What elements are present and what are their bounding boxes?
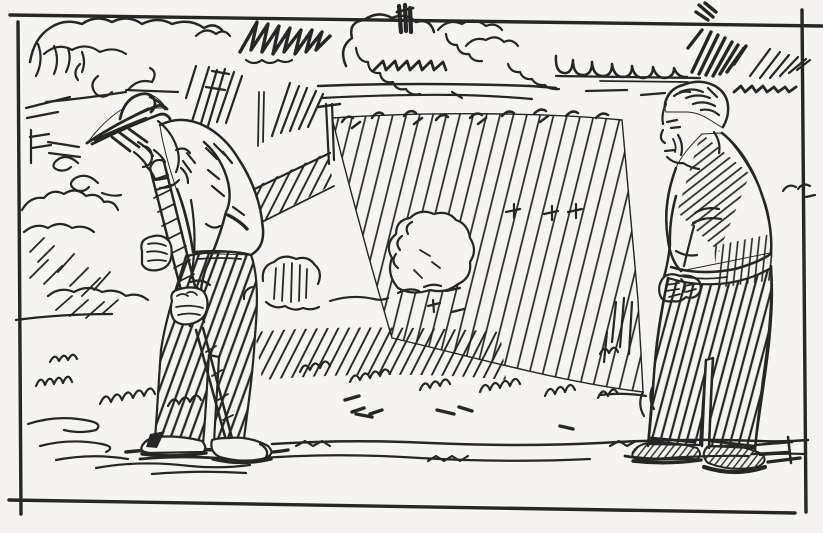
tree-trunk-mark — [397, 5, 413, 32]
sketch-canvas — [0, 0, 823, 533]
corner-foliage-mark — [696, 3, 716, 20]
breath-curls — [53, 157, 121, 196]
illustration — [0, 0, 823, 533]
old-man — [53, 94, 271, 463]
young-man — [625, 82, 800, 473]
hedge — [236, 110, 643, 414]
hatch-patch-centre — [272, 83, 323, 136]
hatch-patch-left — [186, 66, 242, 130]
dark-scribble-mass — [688, 30, 746, 76]
sketch-page: Pen-and-ink sketch: two men in a garden — [0, 0, 823, 533]
hat — [87, 94, 170, 144]
